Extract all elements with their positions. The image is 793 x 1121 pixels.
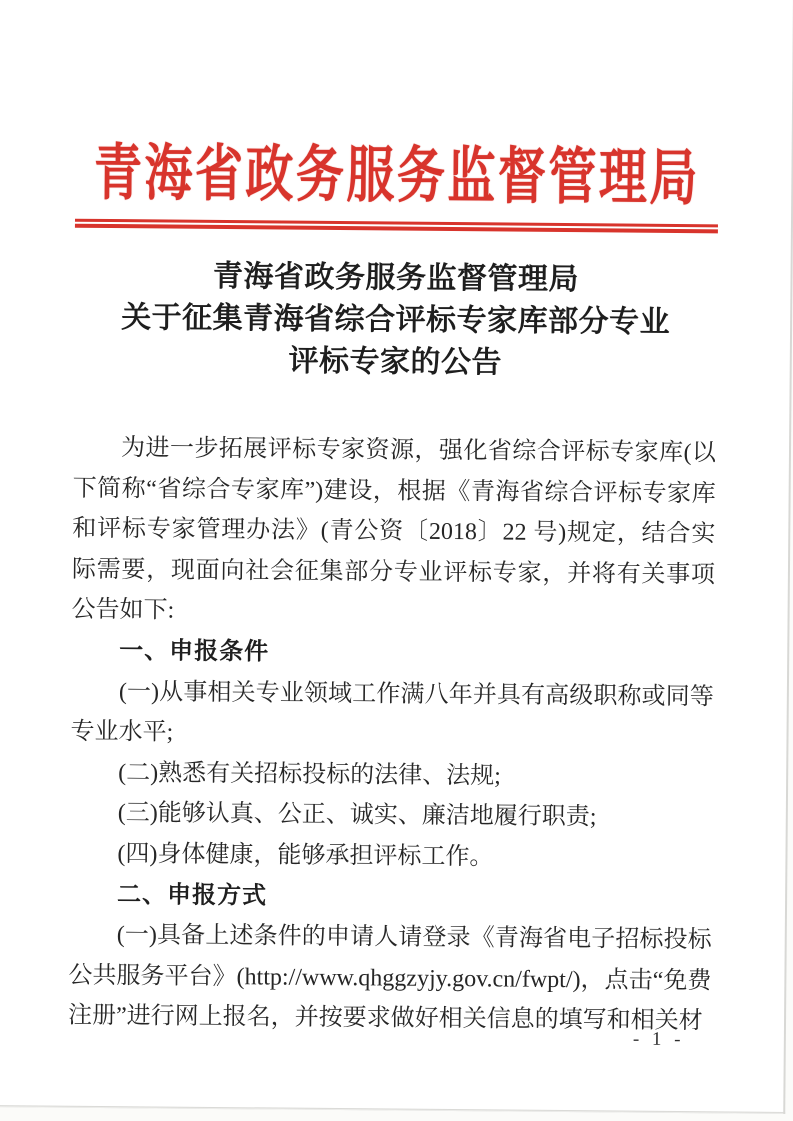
condition-item-1: (一)从事相关专业领域工作满八年并具有高级职称或同等专业水平; [70, 671, 714, 758]
scanned-page: 青海省政务服务监督管理局 青海省政务服务监督管理局 关于征集青海省综合评标专家库… [0, 0, 793, 1114]
notice-title-line-3: 评标专家的公告 [74, 339, 717, 387]
page-number: - 1 - [633, 1029, 685, 1051]
notice-title-line-1: 青海省政务服务监督管理局 [74, 255, 717, 303]
intro-paragraph: 为进一步拓展评标专家资源，强化省综合评标专家库(以下简称“省综合专家库”)建设，… [71, 428, 716, 637]
letterhead-double-rule [75, 219, 718, 234]
notice-title: 青海省政务服务监督管理局 关于征集青海省综合评标专家库部分专业 评标专家的公告 [74, 255, 718, 387]
section-heading-application-method: 二、申报方式 [69, 874, 712, 920]
notice-body: 为进一步拓展评标专家资源，强化省综合评标专家库(以下简称“省综合专家库”)建设，… [68, 428, 716, 1042]
condition-item-3: (三)能够认真、公正、诚实、廉洁地履行职责; [70, 793, 713, 839]
agency-masthead-title: 青海省政务服务监督管理局 [94, 123, 701, 217]
section-heading-application-conditions: 一、申报条件 [71, 631, 714, 677]
method-item-1: (一)具备上述条件的申请人请登录《青海省电子招标投标公共服务平台》(http:/… [68, 915, 712, 1042]
condition-item-2: (二)熟悉有关招标投标的法律、法规; [70, 752, 713, 798]
scan-bottom-edge [0, 1106, 783, 1114]
page-content: 青海省政务服务监督管理局 青海省政务服务监督管理局 关于征集青海省综合评标专家库… [68, 127, 719, 1042]
notice-title-line-2: 关于征集青海省综合评标专家库部分专业 [74, 297, 717, 345]
letterhead: 青海省政务服务监督管理局 [75, 127, 719, 213]
condition-item-4: (四)身体健康，能够承担评标工作。 [69, 834, 712, 880]
